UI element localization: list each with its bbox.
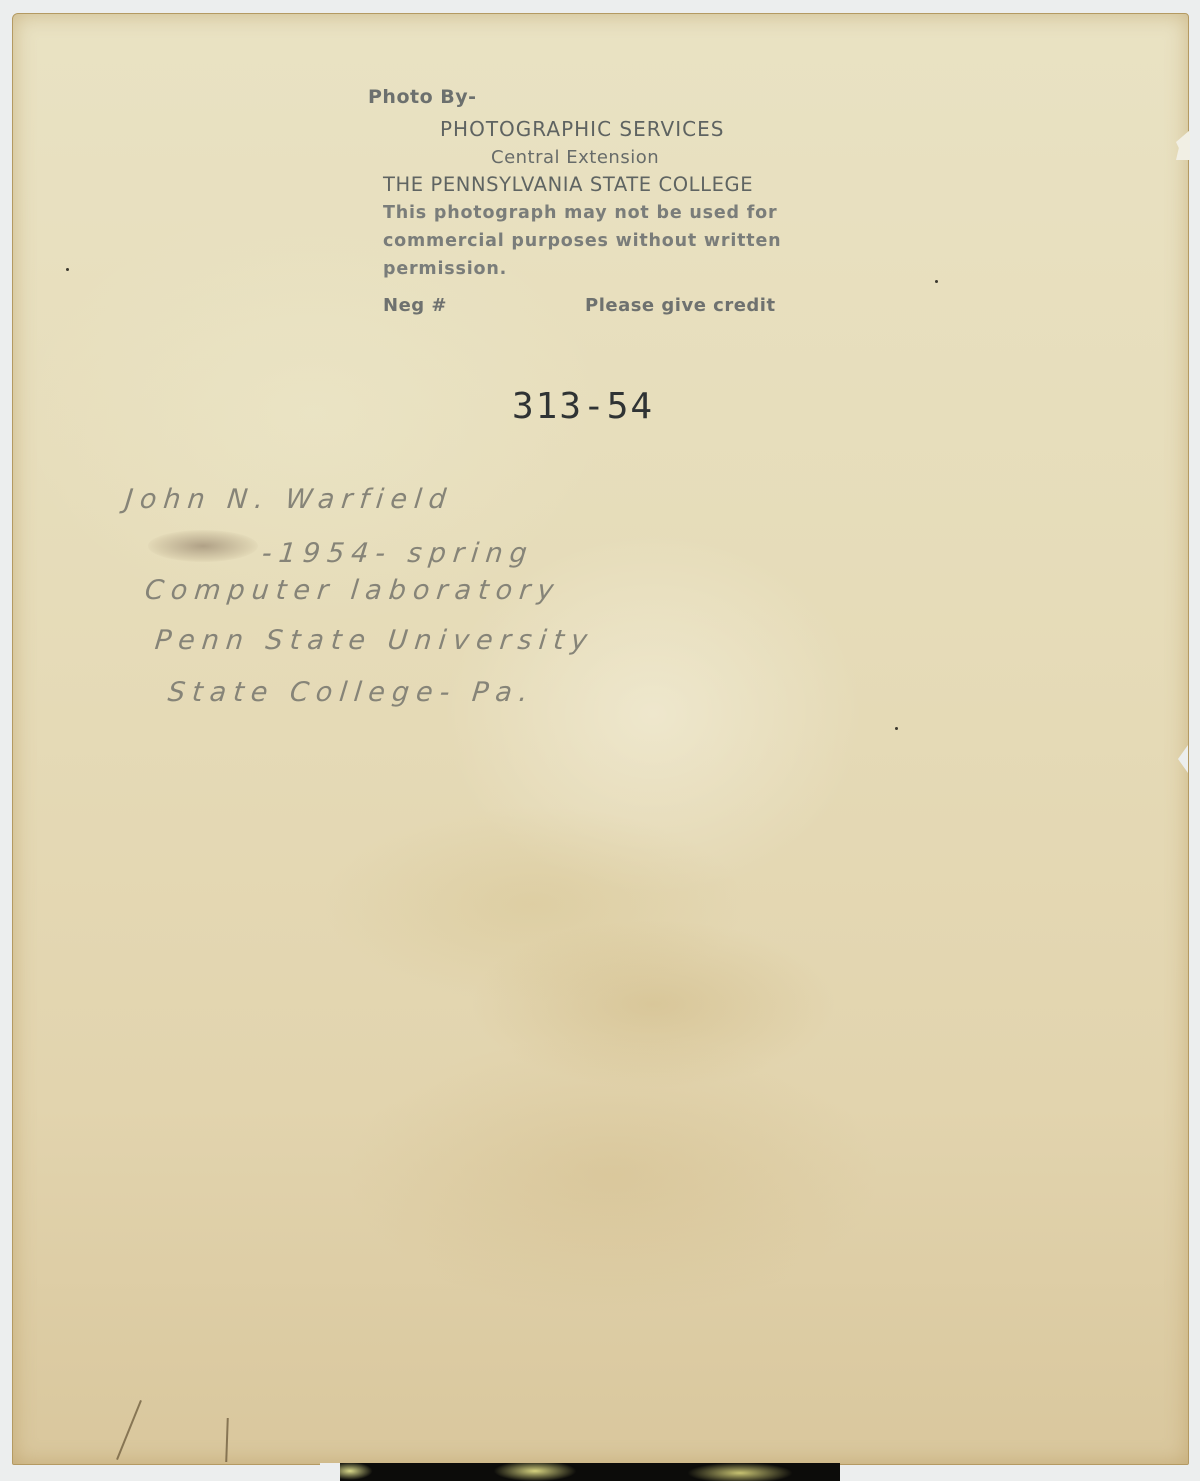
stamp-notice-line: commercial purposes without written (383, 231, 781, 251)
handwritten-name: John N. Warfield (123, 484, 454, 515)
erased-smudge (148, 530, 258, 562)
stamp-institution: THE PENNSYLVANIA STATE COLLEGE (383, 173, 753, 196)
ink-speck (66, 268, 69, 271)
handwritten-university: Penn State University (153, 625, 595, 656)
handwritten-date: -1954- spring (260, 538, 535, 569)
handwritten-city: State College- Pa. (166, 677, 536, 708)
stamp-credit-note: Please give credit (585, 295, 776, 316)
stamp-notice-line: This photograph may not be used for (383, 203, 777, 223)
stamp-department: PHOTOGRAPHIC SERVICES (440, 117, 724, 141)
stamp-neg-label: Neg # (383, 295, 447, 316)
handwritten-location: Computer laboratory (143, 575, 562, 606)
ink-speck (895, 727, 898, 730)
ink-speck (935, 280, 938, 283)
underlying-photo-strip (320, 1463, 840, 1481)
negative-number: 313-54 (512, 386, 654, 427)
stamp-photo-by: Photo By- (368, 86, 477, 108)
stamp-notice-line: permission. (383, 259, 507, 279)
stamp-division: Central Extension (491, 147, 659, 168)
